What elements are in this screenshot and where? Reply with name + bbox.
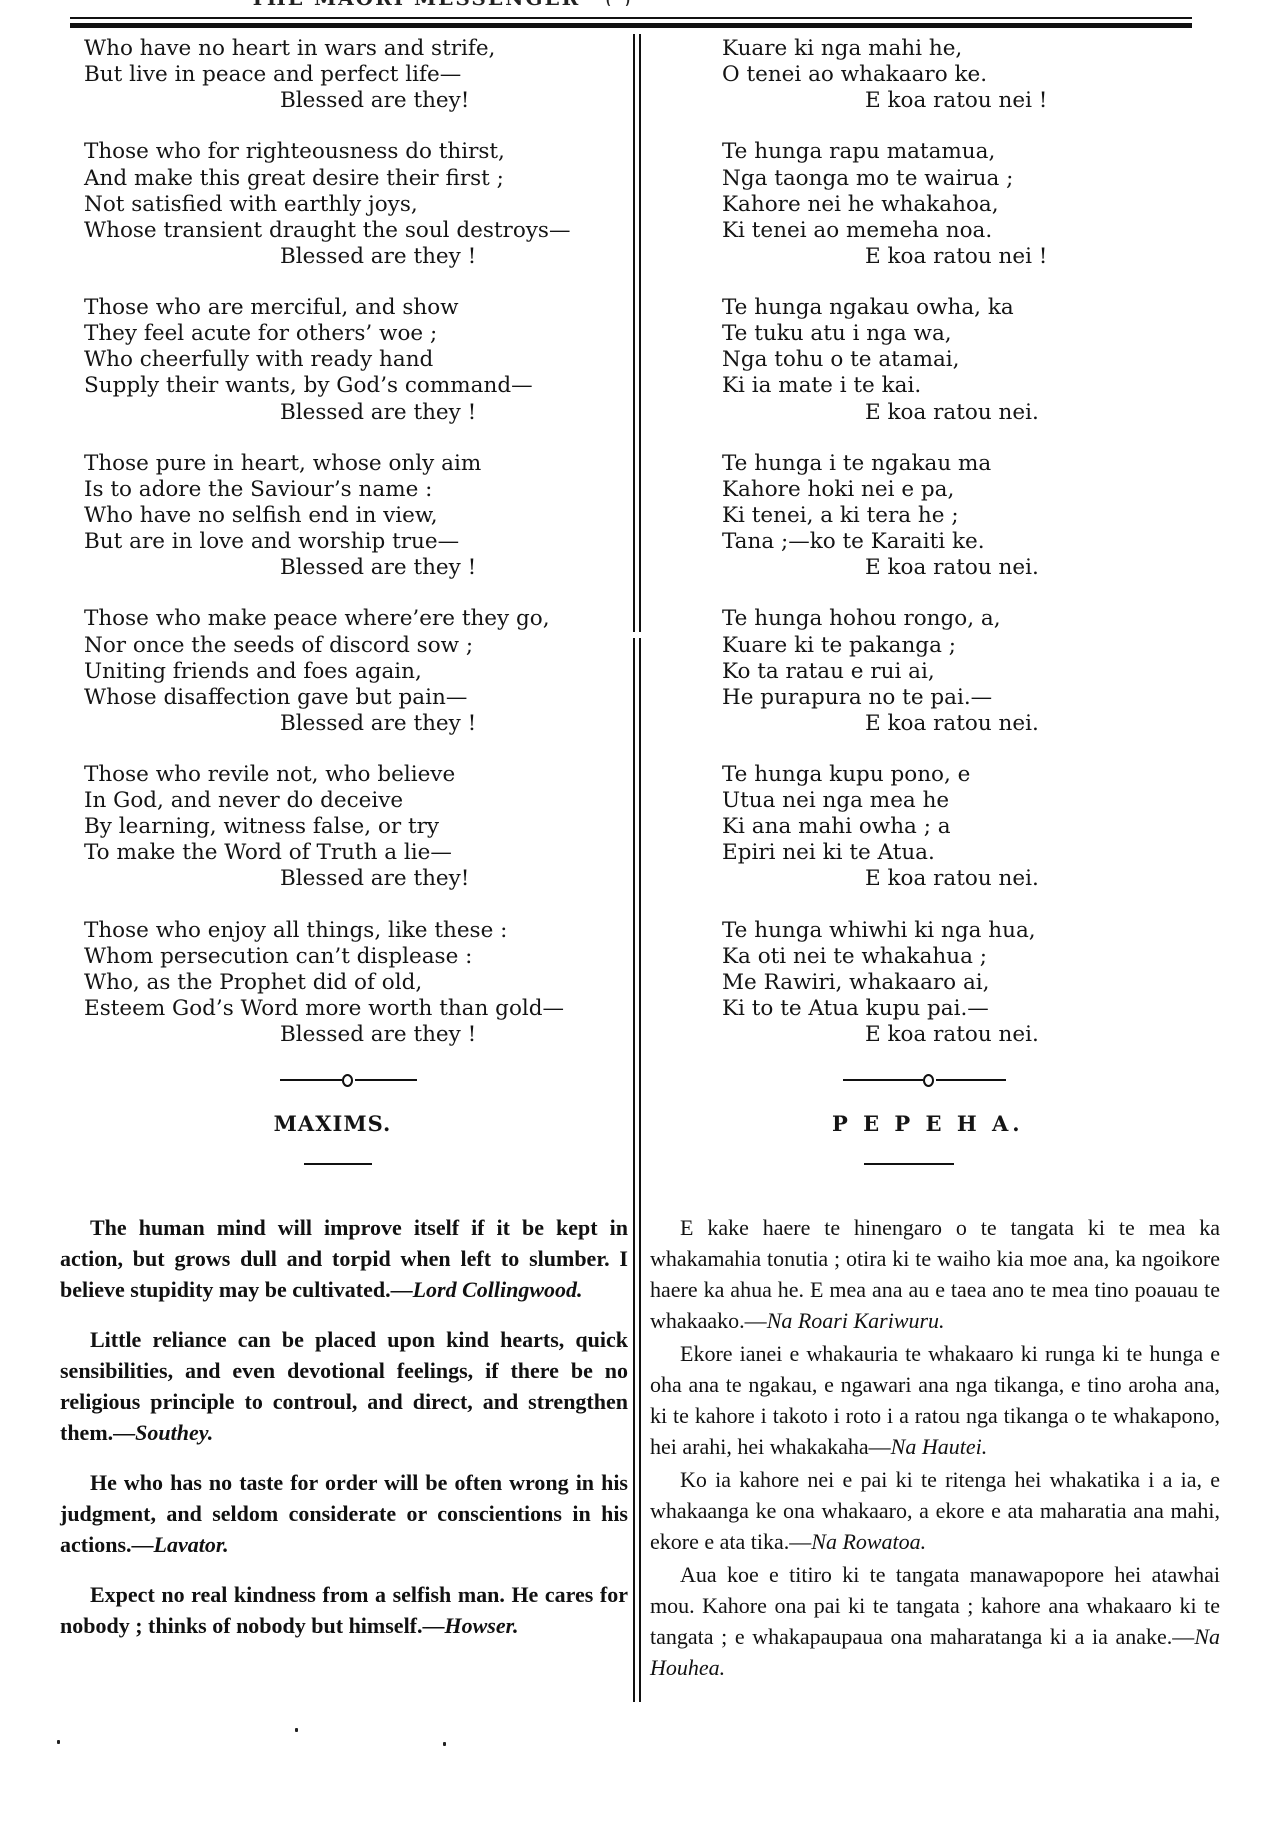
pepeha-list: E kake haere te hinengaro o te tangata k… [650, 1212, 1220, 1685]
poem-refrain: Blessed are they! [84, 88, 629, 114]
poem-line: Te hunga kupu pono, e [722, 762, 1222, 788]
poem-line: Supply their wants, by God’s command— [84, 373, 629, 399]
poem-line: Those pure in heart, whose only aim [84, 451, 629, 477]
poem-stanza: Kuare ki nga mahi he, O tenei ao whakaar… [722, 36, 1222, 114]
poem-line: Utua nei nga mea he [722, 788, 1222, 814]
poem-refrain: E koa ratou nei. [722, 1022, 1222, 1048]
maxim-item: He who has no taste for order will be of… [60, 1467, 628, 1560]
poem-line: Who cheerfully with ready hand [84, 347, 629, 373]
poem-line: Ki tenei ao memeha noa. [722, 218, 1222, 244]
poem-refrain: Blessed are they! [84, 866, 629, 892]
english-poem-column: Who have no heart in wars and strife, Bu… [84, 36, 629, 1165]
poem-line: Ko ta ratau e rui ai, [722, 659, 1222, 685]
poem-line: To make the Word of Truth a lie— [84, 840, 629, 866]
ornament-ring-icon [923, 1074, 934, 1087]
poem-line: Those who make peace where’ere they go, [84, 606, 629, 632]
maxims-title: MAXIMS. [60, 1111, 605, 1141]
poem-stanza: Those pure in heart, whose only aim Is t… [84, 451, 629, 581]
poem-stanza: Te hunga ngakau owha, ka Te tuku atu i n… [722, 295, 1222, 425]
pepeha-attribution: Na Rowatoa. [811, 1529, 926, 1554]
poem-stanza: Those who make peace where’ere they go, … [84, 606, 629, 736]
running-title: THE MAORI MESSENGER [250, 0, 580, 6]
header-rule-thin [70, 17, 1192, 19]
poem-line: Te tuku atu i nga wa, [722, 321, 1222, 347]
poem-refrain: E koa ratou nei ! [722, 88, 1222, 114]
poem-line: Nor once the seeds of discord sow ; [84, 633, 629, 659]
poem-stanza: Those who are merciful, and show They fe… [84, 295, 629, 425]
poem-stanza: Te hunga i te ngakau ma Kahore hoki nei … [722, 451, 1222, 581]
poem-line: Not satisfied with earthly joys, [84, 192, 629, 218]
poem-refrain: Blessed are they ! [84, 711, 629, 737]
poem-refrain: Blessed are they ! [84, 555, 629, 581]
poem-line: Tana ;—ko te Karaiti ke. [722, 529, 1222, 555]
poem-stanza: Te hunga whiwhi ki nga hua, Ka oti nei t… [722, 918, 1222, 1048]
poem-refrain: E koa ratou nei. [722, 866, 1222, 892]
column-divider-upper [633, 34, 645, 632]
poem-line: Those who revile not, who believe [84, 762, 629, 788]
poem-stanza: Te hunga kupu pono, e Utua nei nga mea h… [722, 762, 1222, 892]
poem-refrain: E koa ratou nei. [722, 711, 1222, 737]
poem-stanza: Those who revile not, who believe In God… [84, 762, 629, 892]
poem-line: Nga taonga mo te wairua ; [722, 166, 1222, 192]
pepeha-item: E kake haere te hinengaro o te tangata k… [650, 1212, 1220, 1336]
poem-line: Is to adore the Saviour’s name : [84, 477, 629, 503]
maxim-item: Little reliance can be placed upon kind … [60, 1324, 628, 1448]
ornament-ring-icon [342, 1074, 353, 1087]
poem-line: Te hunga i te ngakau ma [722, 451, 1222, 477]
poem-refrain: Blessed are they ! [84, 1022, 629, 1048]
poem-line: Kahore hoki nei e pa, [722, 477, 1222, 503]
pepeha-attribution: Na Roari Kariwuru. [767, 1308, 945, 1333]
pepeha-item: Ko ia kahore nei e pai ki te ritenga hei… [650, 1464, 1220, 1557]
poem-line: Who have no heart in wars and strife, [84, 36, 629, 62]
poem-line: Te hunga whiwhi ki nga hua, [722, 918, 1222, 944]
poem-line: Me Rawiri, whakaaro ai, [722, 970, 1222, 996]
poem-line: Te hunga hohou rongo, a, [722, 606, 1222, 632]
maxim-attribution: Lord Collingwood. [413, 1277, 583, 1302]
column-divider-lower [633, 638, 645, 1702]
maxim-item: The human mind will improve itself if it… [60, 1212, 628, 1305]
poem-line: Who have no selfish end in view, [84, 503, 629, 529]
title-underline [864, 1163, 954, 1165]
maxim-attribution: Howser. [445, 1613, 519, 1638]
poem-refrain: Blessed are they ! [84, 400, 629, 426]
poem-line: Whom persecution can’t displease : [84, 944, 629, 970]
scan-speck [443, 1742, 446, 1746]
poem-refrain: E koa ratou nei. [722, 555, 1222, 581]
pepeha-item: Aua koe e titiro ki te tangata manawapop… [650, 1559, 1220, 1683]
poem-line: He purapura no te pai.— [722, 685, 1222, 711]
poem-stanza: Te hunga rapu matamua, Nga taonga mo te … [722, 139, 1222, 269]
poem-line: Those who are merciful, and show [84, 295, 629, 321]
poem-line: Whose transient draught the soul destroy… [84, 218, 629, 244]
poem-line: Te hunga rapu matamua, [722, 139, 1222, 165]
poem-line: Whose disaffection gave but pain— [84, 685, 629, 711]
pepeha-title: P E P E H A. [722, 1111, 1222, 1141]
poem-refrain: E koa ratou nei. [722, 400, 1222, 426]
section-ornament [84, 1073, 629, 1087]
poem-line: Ka oti nei te whakahua ; [722, 944, 1222, 970]
pepeha-item: Ekore ianei e whakauria te whakaaro ki r… [650, 1338, 1220, 1462]
page-number: ( ) [605, 0, 633, 6]
poem-refrain: Blessed are they ! [84, 244, 629, 270]
poem-line: Kuare ki te pakanga ; [722, 633, 1222, 659]
poem-line: But live in peace and perfect life— [84, 62, 629, 88]
poem-stanza: Those who enjoy all things, like these :… [84, 918, 629, 1048]
maxim-attribution: Lavator. [154, 1532, 229, 1557]
poem-stanza: Te hunga hohou rongo, a, Kuare ki te pak… [722, 606, 1222, 736]
poem-line: Kahore nei he whakahoa, [722, 192, 1222, 218]
title-underline [304, 1163, 372, 1165]
poem-line: Ki ana mahi owha ; a [722, 814, 1222, 840]
poem-stanza: Those who for righteousness do thirst, A… [84, 139, 629, 269]
scan-speck [295, 1728, 298, 1732]
poem-line: Ki tenei, a ki tera he ; [722, 503, 1222, 529]
maori-poem-column: Kuare ki nga mahi he, O tenei ao whakaar… [722, 36, 1222, 1165]
poem-line: In God, and never do deceive [84, 788, 629, 814]
poem-line: Those who enjoy all things, like these : [84, 918, 629, 944]
poem-refrain: E koa ratou nei ! [722, 244, 1222, 270]
maxim-item: Expect no real kindness from a selfish m… [60, 1579, 628, 1641]
poem-line: But are in love and worship true— [84, 529, 629, 555]
poem-line: Ki to te Atua kupu pai.— [722, 996, 1222, 1022]
poem-line: Ki ia mate i te kai. [722, 373, 1222, 399]
poem-line: They feel acute for others’ woe ; [84, 321, 629, 347]
poem-line: And make this great desire their first ; [84, 166, 629, 192]
poem-line: Who, as the Prophet did of old, [84, 970, 629, 996]
poem-line: Nga tohu o te atamai, [722, 347, 1222, 373]
poem-line: Kuare ki nga mahi he, [722, 36, 1222, 62]
poem-line: Esteem God’s Word more worth than gold— [84, 996, 629, 1022]
section-ornament [722, 1073, 1222, 1087]
header-rule-thick [70, 23, 1192, 28]
poem-line: O tenei ao whakaaro ke. [722, 62, 1222, 88]
scan-speck [57, 1740, 60, 1744]
maxim-attribution: Southey. [135, 1420, 213, 1445]
poem-stanza: Who have no heart in wars and strife, Bu… [84, 36, 629, 114]
running-header: THE MAORI MESSENGER ( ) [250, 0, 750, 6]
poem-line: Epiri nei ki te Atua. [722, 840, 1222, 866]
maxims-list: The human mind will improve itself if it… [60, 1212, 628, 1660]
poem-line: Te hunga ngakau owha, ka [722, 295, 1222, 321]
poem-line: Those who for righteousness do thirst, [84, 139, 629, 165]
poem-line: By learning, witness false, or try [84, 814, 629, 840]
poem-line: Uniting friends and foes again, [84, 659, 629, 685]
pepeha-attribution: Na Hautei. [891, 1434, 988, 1459]
